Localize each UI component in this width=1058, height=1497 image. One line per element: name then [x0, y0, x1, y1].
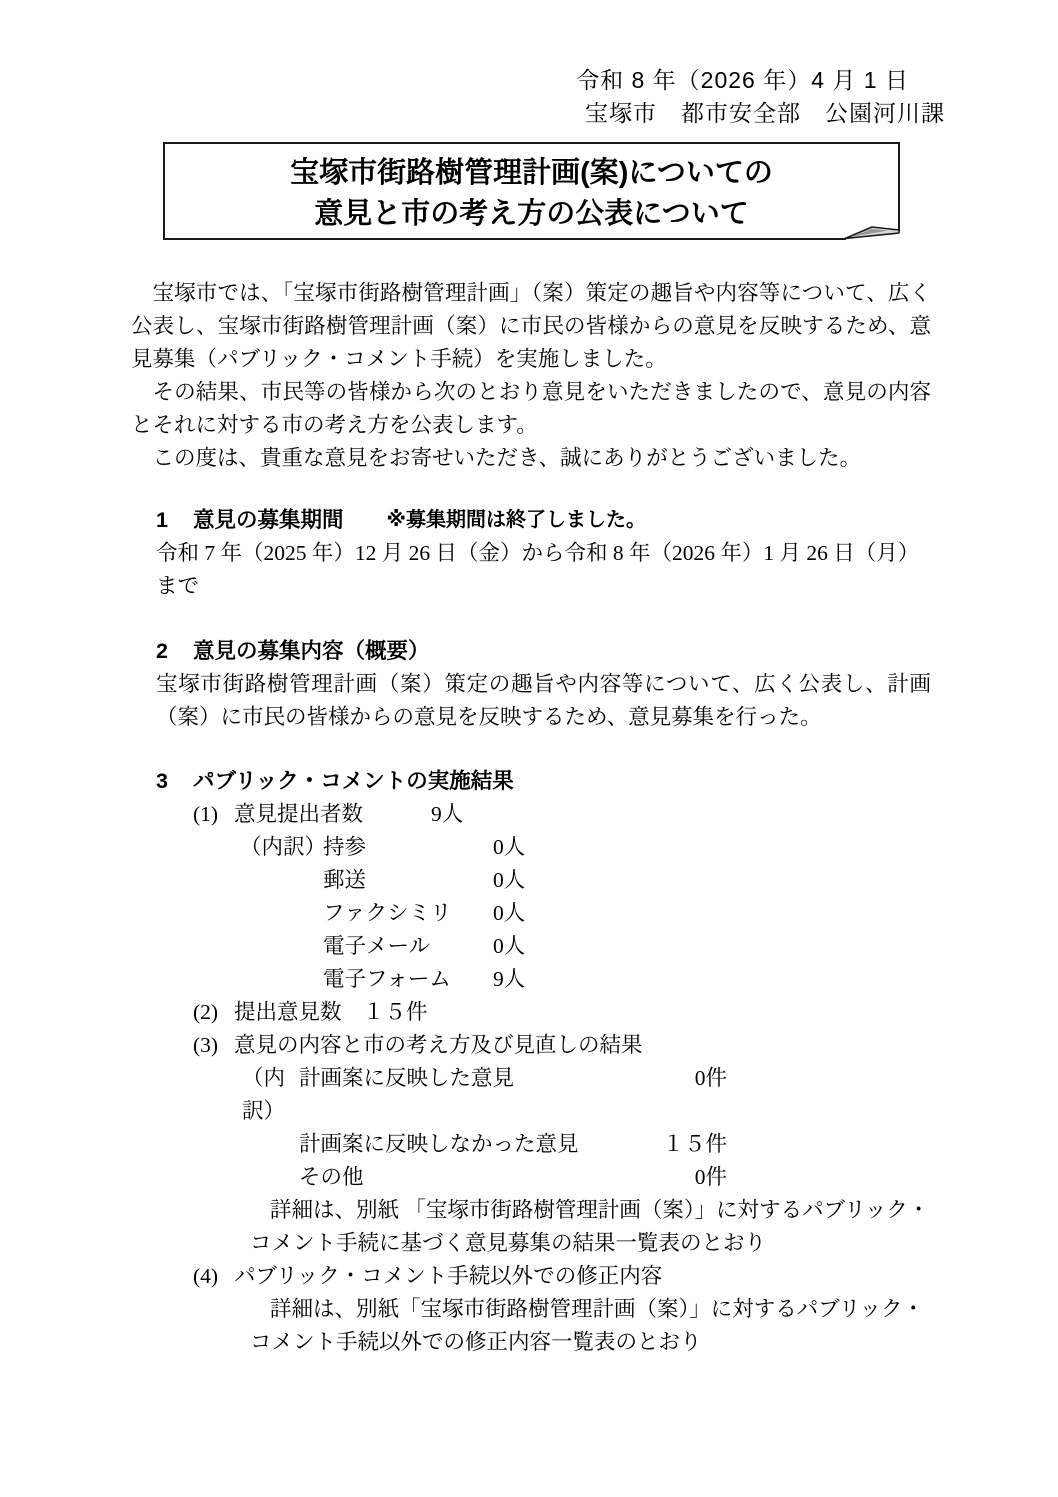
method-label: ファクシミリ [323, 897, 493, 930]
intro-paragraph-3: この度は、貴重な意見をお寄せいただき、誠にありがとうございました。 [131, 442, 931, 475]
opinion-results-row: (3) 意見の内容と市の考え方及び見直しの結果 [193, 1029, 1058, 1062]
reflection-row: その他 0件 [242, 1161, 1058, 1194]
section-1-body: 令和 7 年（2025 年）12 月 26 日（金）から令和 8 年（2026 … [156, 537, 931, 603]
reflection-label: 計画案に反映した意見 [299, 1062, 655, 1128]
intro-paragraphs: 宝塚市では、「宝塚市街路樹管理計画」（案）策定の趣旨や内容等について、広く公表し… [131, 277, 931, 475]
reflection-row: （内訳） 計画案に反映した意見 0件 [242, 1062, 1058, 1128]
collection-period-line-1: 令和 7 年（2025 年）12 月 26 日（金）から令和 8 年（2026 … [156, 537, 931, 570]
breakdown-prefix: （内訳） [242, 1062, 299, 1128]
other-revisions-text: パブリック・コメント手続以外での修正内容 [234, 1260, 662, 1293]
section-implementation-results: 3 パブリック・コメントの実施結果 (1) 意見提出者数 9人 （内訳） 持参 … [156, 765, 1058, 1359]
section-2-title: 意見の募集内容（概要） [193, 635, 430, 668]
reflection-label: その他 [299, 1161, 655, 1194]
reflection-value: 0件 [655, 1062, 727, 1128]
section-collection-content: 2 意見の募集内容（概要） 宝塚市街路樹管理計画（案）策定の趣旨や内容等について… [156, 635, 1058, 734]
method-value: 9人 [493, 963, 525, 996]
section-2-heading: 2 意見の募集内容（概要） [156, 635, 1058, 668]
item-2-marker: (2) [193, 996, 234, 1029]
header-organization: 宝塚市 都市安全部 公園河川課 [0, 97, 945, 130]
method-value: 0人 [493, 930, 525, 963]
revisions-detail-note-line-2: コメント手続以外での修正内容一覧表のとおり [250, 1326, 1058, 1359]
method-label: 電子メール [323, 930, 493, 963]
page: { "header": { "date_line": "令和 8 年（2026 … [0, 0, 1058, 1497]
reflection-row: 計画案に反映しなかった意見 １５件 [242, 1128, 1058, 1161]
collection-period-line-2: まで [156, 570, 931, 603]
intro-paragraph-2: その結果、市民等の皆様から次のとおり意見をいただきましたので、意見の内容とそれに… [131, 376, 931, 442]
section-3-number: 3 [156, 765, 193, 798]
method-label: 電子フォーム [323, 963, 493, 996]
section-collection-period: 1 意見の募集期間 ※募集期間は終了しました。 令和 7 年（2025 年）12… [156, 504, 1058, 603]
reflection-value: 0件 [655, 1161, 727, 1194]
breakdown-prefix: （内訳） [240, 831, 323, 864]
section-1-title: 意見の募集期間 [193, 504, 344, 537]
section-2-body: 宝塚市街路樹管理計画（案）策定の趣旨や内容等について、広く公表し、計画（案）に市… [156, 668, 931, 734]
reflection-value: １５件 [655, 1128, 727, 1161]
section-1-number: 1 [156, 504, 193, 537]
method-value: 0人 [493, 897, 525, 930]
intro-paragraph-1: 宝塚市では、「宝塚市街路樹管理計画」（案）策定の趣旨や内容等について、広く公表し… [131, 277, 931, 376]
method-label: 郵送 [323, 864, 493, 897]
other-revisions-row: (4) パブリック・コメント手続以外での修正内容 [193, 1260, 1058, 1293]
method-value: 0人 [493, 864, 525, 897]
submission-method-row: 郵送 0人 [240, 864, 1058, 897]
item-1-marker: (1) [193, 798, 234, 831]
submission-method-breakdown: （内訳） 持参 0人 郵送 0人 ファクシミリ 0人 電子メール 0人 電子フォ… [240, 831, 1058, 996]
section-1-closed-note: ※募集期間は終了しました。 [387, 504, 646, 537]
submission-method-row: ファクシミリ 0人 [240, 897, 1058, 930]
reflection-label: 計画案に反映しなかった意見 [299, 1128, 655, 1161]
section-2-number: 2 [156, 635, 193, 668]
title-line-1: 宝塚市街路樹管理計画(案)についての [165, 153, 898, 194]
method-value: 0人 [493, 831, 525, 864]
opinion-submitters-value: 9人 [431, 798, 463, 831]
section-1-heading: 1 意見の募集期間 ※募集期間は終了しました。 [156, 504, 1058, 537]
title-line-2: 意見と市の考え方の公表について [165, 194, 898, 235]
submitted-opinions-text: 提出意見数 １５件 [234, 996, 428, 1029]
revisions-detail-note-line-1: 詳細は、別紙「宝塚市街路樹管理計画（案）」に対するパブリック・ [270, 1293, 1058, 1326]
reflection-breakdown: （内訳） 計画案に反映した意見 0件 計画案に反映しなかった意見 １５件 その他… [242, 1062, 1058, 1194]
opinion-results-text: 意見の内容と市の考え方及び見直しの結果 [234, 1029, 643, 1062]
results-detail-note-line-2: コメント手続に基づく意見募集の結果一覧表のとおり [250, 1227, 1058, 1260]
submission-method-row: 電子メール 0人 [240, 930, 1058, 963]
title-box: 宝塚市街路樹管理計画(案)についての 意見と市の考え方の公表について [163, 142, 900, 240]
section-3-title: パブリック・コメントの実施結果 [193, 765, 514, 798]
submission-method-row: （内訳） 持参 0人 [240, 831, 1058, 864]
document-header: 令和 8 年（2026 年）4 月 1 日 宝塚市 都市安全部 公園河川課 [0, 64, 1058, 130]
opinion-submitters-row: (1) 意見提出者数 9人 [193, 798, 1058, 831]
header-date: 令和 8 年（2026 年）4 月 1 日 [0, 64, 945, 97]
section-3-heading: 3 パブリック・コメントの実施結果 [156, 765, 1058, 798]
submitted-opinions-row: (2) 提出意見数 １５件 [193, 996, 1058, 1029]
submission-method-row: 電子フォーム 9人 [240, 963, 1058, 996]
item-3-marker: (3) [193, 1029, 234, 1062]
folded-corner-icon [822, 218, 900, 240]
opinion-submitters-label: 意見提出者数 [234, 798, 431, 831]
results-detail-note-line-1: 詳細は、別紙 「宝塚市街路樹管理計画（案）」に対するパブリック・ [270, 1194, 1058, 1227]
method-label: 持参 [323, 831, 493, 864]
item-4-marker: (4) [193, 1260, 234, 1293]
